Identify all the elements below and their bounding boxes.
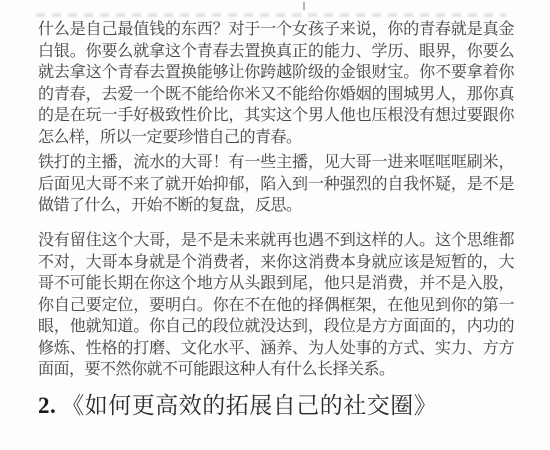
paragraph-streamer-patrons: 铁打的主播，流水的大哥！有一些主播，见大哥一进来哐哐哐刷米，后面见大哥不来了就开… — [38, 152, 514, 217]
section-title: 《如何更高效的拓展自己的社交圈》 — [61, 393, 437, 418]
text-cursor-artifact — [303, 2, 305, 10]
section-heading: 2.《如何更高效的拓展自己的社交圈》 — [38, 391, 437, 421]
cropped-text-remnant — [36, 13, 506, 17]
section-number: 2. — [38, 393, 56, 418]
paragraph-youth-value: 什么是自己最值钱的东西？对于一个女孩子来说，你的青春就是真金白银。你要么就拿这个… — [38, 19, 514, 148]
document-page: 什么是自己最值钱的东西？对于一个女孩子来说，你的青春就是真金白银。你要么就拿这个… — [0, 0, 550, 450]
paragraph-consumer-mindset: 没有留住这个大哥，是不是未来就再也遇不到这样的人。这个思维都不对，大哥本身就是个… — [38, 230, 514, 381]
